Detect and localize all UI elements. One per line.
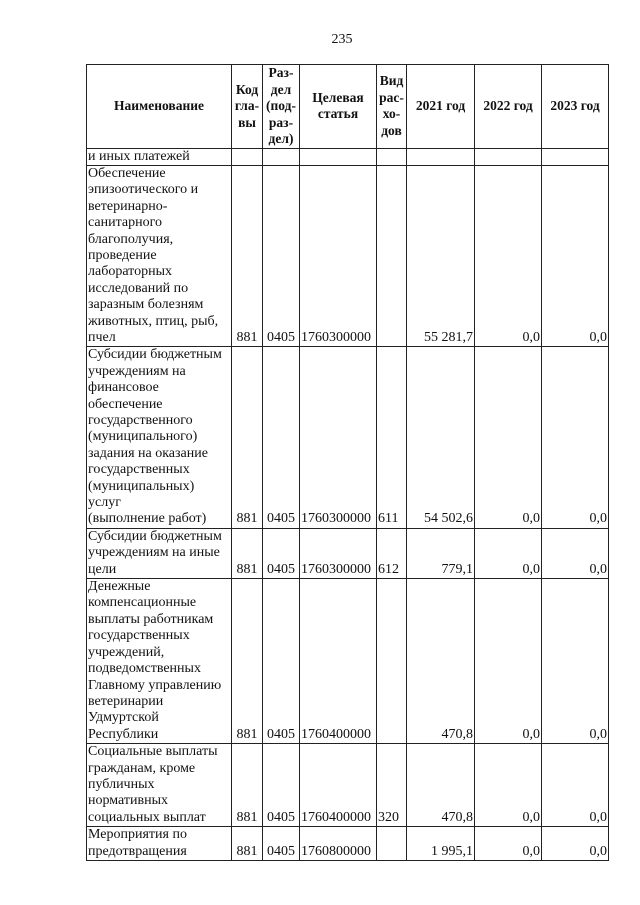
row-target-article: 1760300000 [300,347,377,528]
row-2023: 0,0 [542,827,609,861]
row-2023: 0,0 [542,744,609,827]
row-target-article: 1760300000 [300,165,377,346]
row-2021: 779,1 [407,528,475,578]
row-expense-type: 612 [377,528,407,578]
row-target-article [300,148,377,165]
row-chapter-code: 881 [232,165,263,346]
row-section: 0405 [263,347,300,528]
row-2022 [475,148,542,165]
row-2021: 470,8 [407,579,475,744]
row-name: Денежныекомпенсационныевыплаты работника… [87,579,232,744]
row-2022: 0,0 [475,579,542,744]
header-section: Раз-дел(под-раз-дел) [263,65,300,149]
row-2023: 0,0 [542,528,609,578]
row-chapter-code: 881 [232,827,263,861]
row-section: 0405 [263,827,300,861]
row-2022: 0,0 [475,347,542,528]
row-name: Мероприятия попредотвращения [87,827,232,861]
row-name: и иных платежей [87,148,232,165]
row-2022: 0,0 [475,744,542,827]
row-name: Субсидии бюджетнымучреждениям нафинансов… [87,347,232,528]
row-2023 [542,148,609,165]
row-target-article: 1760400000 [300,744,377,827]
row-expense-type [377,148,407,165]
page-number: 235 [0,32,640,48]
header-2021: 2021 год [407,65,475,149]
row-2021: 55 281,7 [407,165,475,346]
row-expense-type: 611 [377,347,407,528]
header-expense-type: Видрас-хо-дов [377,65,407,149]
row-chapter-code [232,148,263,165]
row-2021: 1 995,1 [407,827,475,861]
row-section: 0405 [263,165,300,346]
header-2023: 2023 год [542,65,609,149]
row-section: 0405 [263,528,300,578]
row-expense-type: 320 [377,744,407,827]
row-chapter-code: 881 [232,744,263,827]
row-2022: 0,0 [475,165,542,346]
row-chapter-code: 881 [232,528,263,578]
table-row: Социальные выплатыгражданам, кромепублич… [87,744,609,827]
row-name: Субсидии бюджетнымучреждениям на иныецел… [87,528,232,578]
table-row: и иных платежей [87,148,609,165]
header-2022: 2022 год [475,65,542,149]
table-row: Субсидии бюджетнымучреждениям на иныецел… [87,528,609,578]
row-chapter-code: 881 [232,579,263,744]
row-name: Социальные выплатыгражданам, кромепублич… [87,744,232,827]
row-2022: 0,0 [475,827,542,861]
row-name: Обеспечение эпизоотического и ветеринарн… [87,165,232,346]
row-expense-type [377,579,407,744]
header-name: Наименование [87,65,232,149]
row-chapter-code: 881 [232,347,263,528]
row-2021 [407,148,475,165]
row-target-article: 1760400000 [300,579,377,744]
table-row: Субсидии бюджетнымучреждениям нафинансов… [87,347,609,528]
table-row: Денежныекомпенсационныевыплаты работника… [87,579,609,744]
table-header-row: Наименование Кодгла-вы Раз-дел(под-раз-д… [87,65,609,149]
row-target-article: 1760800000 [300,827,377,861]
row-section [263,148,300,165]
row-section: 0405 [263,579,300,744]
header-target-article: Целеваястатья [300,65,377,149]
row-2021: 54 502,6 [407,347,475,528]
row-2023: 0,0 [542,347,609,528]
row-2022: 0,0 [475,528,542,578]
header-chapter-code: Кодгла-вы [232,65,263,149]
row-expense-type [377,165,407,346]
row-target-article: 1760300000 [300,528,377,578]
row-section: 0405 [263,744,300,827]
table-row: Обеспечение эпизоотического и ветеринарн… [87,165,609,346]
row-2023: 0,0 [542,579,609,744]
row-expense-type [377,827,407,861]
budget-table: Наименование Кодгла-вы Раз-дел(под-раз-д… [86,64,609,861]
row-2021: 470,8 [407,744,475,827]
row-2023: 0,0 [542,165,609,346]
table-row: Мероприятия попредотвращения881040517608… [87,827,609,861]
